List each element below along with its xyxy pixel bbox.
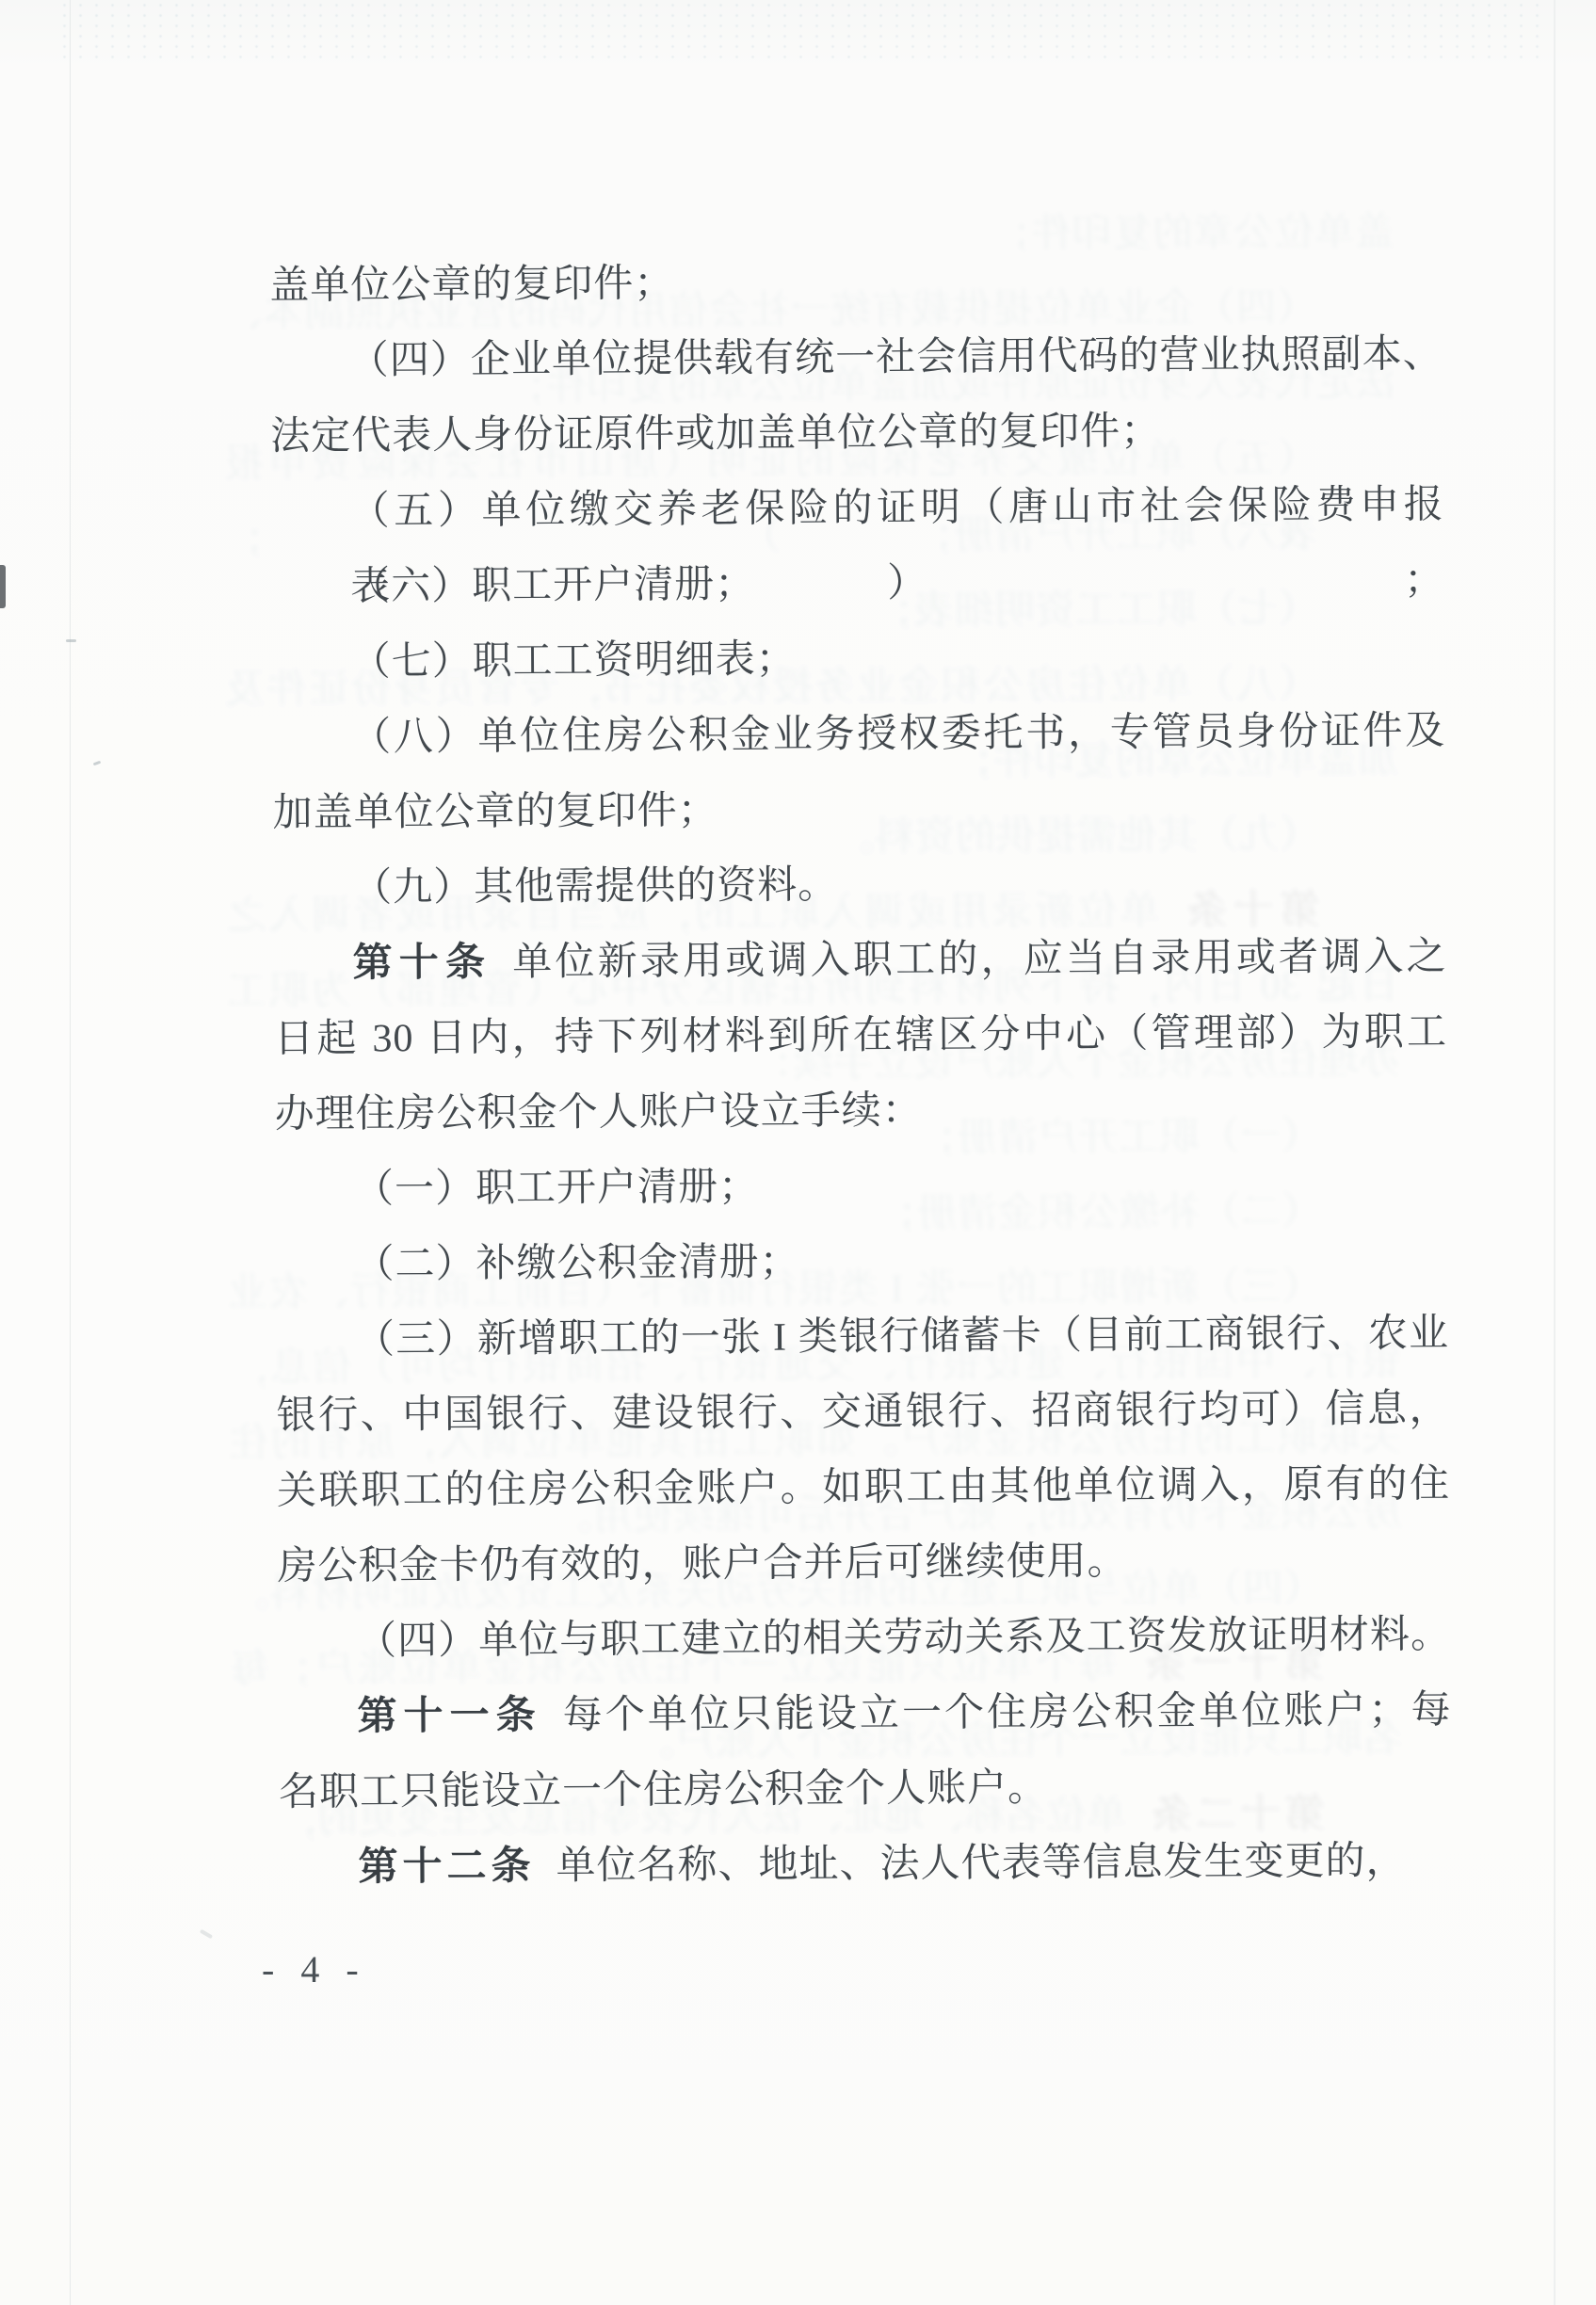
text-line: （五）单位缴交养老保险的证明（唐山市社会保险费申报表）；	[270, 467, 1443, 550]
article-number: 第十一条	[357, 1694, 541, 1738]
line-text: （四）单位与职工建立的相关劳动关系及工资发放证明材料。	[357, 1613, 1451, 1663]
line-text: 办理住房公积金个人账户设立手续：	[274, 1089, 922, 1136]
line-text: 法定代表人身份证原件或加盖单位公章的复印件；	[270, 410, 1161, 459]
line-text: 单位新录用或调入职工的，应当自录用或者调入之	[512, 935, 1447, 984]
text-line: 第十条单位新录用或调入职工的，应当自录用或者调入之	[273, 919, 1446, 1002]
line-text: 日起 30 日内，持下列材料到所在辖区分中心（管理部）为职工	[274, 1010, 1447, 1061]
text-line: （四）单位与职工建立的相关劳动关系及工资发放证明材料。	[278, 1597, 1451, 1680]
text-line: 盖单位公章的复印件；	[269, 241, 1443, 324]
text-line: 银行、中国银行、建设银行、交通银行、招商银行均可）信息，	[276, 1371, 1449, 1454]
text-line: 名职工只能设立一个住房公积金个人账户。	[279, 1748, 1452, 1830]
text-line: （八）单位住房公积金业务授权委托书，专管员身份证件及	[272, 693, 1445, 776]
text-line: （三）新增职工的一张 I 类银行储蓄卡（目前工商银行、农业	[276, 1296, 1449, 1378]
line-text: 房公积金卡仍有效的，账户合并后可继续使用。	[277, 1539, 1127, 1588]
text-line: 加盖单位公章的复印件；	[272, 768, 1445, 851]
text-line: 第十二条单位名称、地址、法人代表等信息发生变更的，	[279, 1823, 1452, 1906]
page-number: - 4 -	[262, 1947, 367, 1991]
scanned-document-page: 盖单位公章的复印件；（四）企业单位提供载有统一社会信用代码的营业执照副本、法定代…	[0, 0, 1596, 2305]
text-line: （七）职工工资明细表；	[271, 618, 1444, 701]
line-text: （一）职工开户清册；	[354, 1166, 759, 1212]
line-text: （四）企业单位提供载有统一社会信用代码的营业执照副本、	[349, 332, 1443, 382]
text-line: 办理住房公积金个人账户设立手续：	[274, 1070, 1447, 1152]
line-text: 每个单位只能设立一个住房公积金单位账户；每	[563, 1688, 1452, 1737]
scan-speck	[66, 639, 76, 642]
line-text: （八）单位住房公积金业务授权委托书，专管员身份证件及	[351, 709, 1445, 759]
text-line: （二）补缴公积金清册；	[275, 1220, 1448, 1303]
article-number: 第十条	[353, 942, 492, 986]
line-text: （二）补缴公积金清册；	[354, 1241, 799, 1287]
line-text: 关联职工的住房公积金账户。如职工由其他单位调入，原有的住	[277, 1462, 1450, 1513]
text-line: 房公积金卡仍有效的，账户合并后可继续使用。	[277, 1522, 1450, 1604]
scan-noise-band	[56, 0, 1544, 66]
text-line: 第十一条每个单位只能设立一个住房公积金单位账户；每	[278, 1672, 1451, 1755]
line-text: 盖单位公章的复印件；	[269, 262, 674, 308]
line-text: （九）其他需提供的资料。	[352, 863, 838, 910]
scan-speck	[200, 1929, 213, 1939]
scan-speck	[93, 761, 102, 766]
scan-edge-line	[1554, 0, 1556, 2305]
text-line: （一）职工开户清册；	[275, 1145, 1448, 1228]
line-text: （六）职工开户清册；	[350, 563, 755, 609]
scan-edge-artifact	[0, 565, 6, 608]
line-text: 银行、中国银行、建设银行、交通银行、招商银行均可）信息，	[276, 1387, 1449, 1438]
text-line: 法定代表人身份证原件或加盖单位公章的复印件；	[270, 392, 1443, 475]
text-line: 日起 30 日内，持下列材料到所在辖区分中心（管理部）为职工	[274, 994, 1447, 1077]
text-line: 关联职工的住房公积金账户。如职工由其他单位调入，原有的住	[277, 1446, 1450, 1529]
line-text: （七）职工工资明细表；	[351, 638, 797, 685]
line-text: 单位名称、地址、法人代表等信息发生变更的，	[556, 1840, 1406, 1889]
text-line: （九）其他需提供的资料。	[273, 844, 1446, 927]
line-text: （三）新增职工的一张 I 类银行储蓄卡（目前工商银行、农业	[355, 1312, 1449, 1362]
scan-crease-line	[70, 0, 71, 2305]
article-number: 第十二条	[358, 1845, 535, 1889]
text-line: （四）企业单位提供载有统一社会信用代码的营业执照副本、	[269, 316, 1443, 399]
body-text: 盖单位公章的复印件；（四）企业单位提供载有统一社会信用代码的营业执照副本、法定代…	[269, 241, 1453, 1906]
line-text: 名职工只能设立一个住房公积金个人账户。	[279, 1766, 1048, 1814]
line-text: 加盖单位公章的复印件；	[273, 789, 718, 835]
